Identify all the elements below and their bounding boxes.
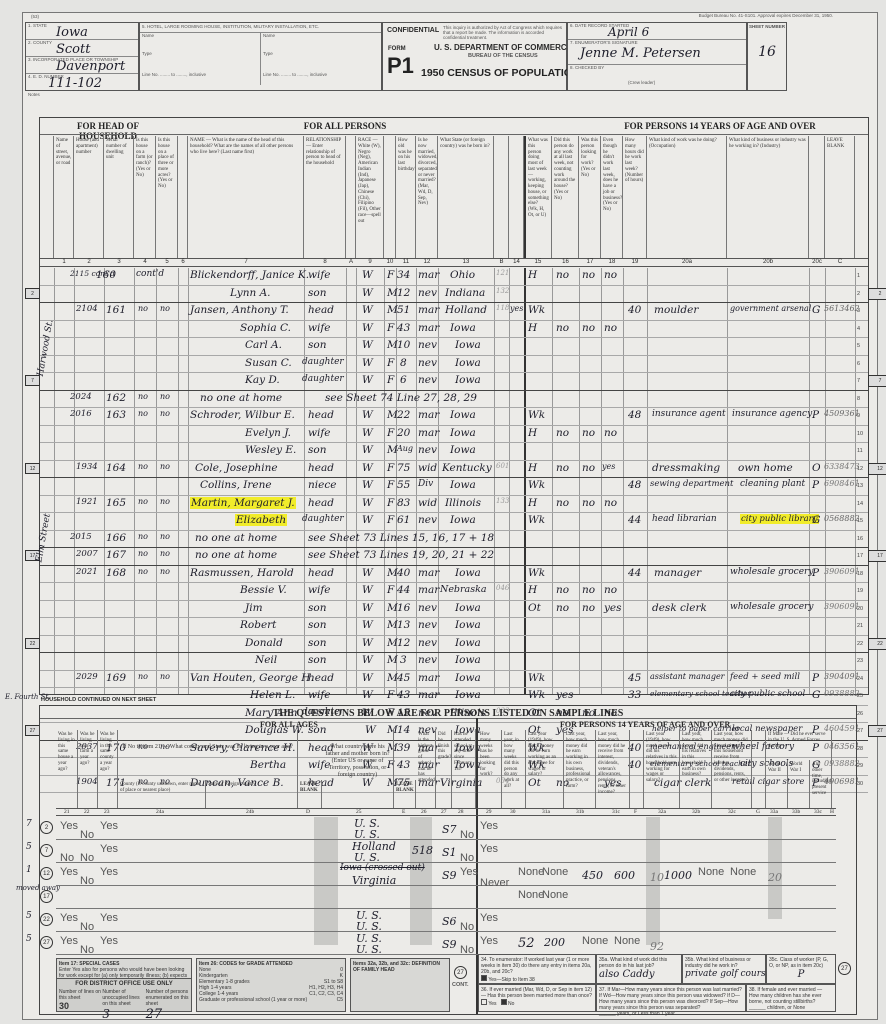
cell-value: Lynn A. (230, 287, 271, 299)
cell-value: head (308, 567, 334, 579)
sample-header-33: If Male — Did he ever serve in the U. S.… (766, 730, 832, 760)
cell-value: 118 (496, 304, 509, 312)
last-job-answer: also Caddy (599, 969, 679, 980)
cell-value: H (528, 462, 537, 474)
census-row: 2 2 2 Lynn A. son W M 12 nev Indiana 132 (40, 286, 868, 304)
question-35a: 35a. What kind of work did this person d… (596, 954, 682, 984)
cell-value: 132 (496, 287, 509, 295)
sample-header-21: Was he living in this same house a year … (56, 730, 78, 808)
cell-value: 1 (26, 865, 32, 875)
sample-header-23: Was he living in this same county a year… (98, 730, 118, 808)
cell-value: mar (418, 689, 439, 701)
cell-value: W (362, 689, 373, 701)
cell-value: no (160, 672, 170, 681)
census-row: 12 12 12 1934 164 no no Cole, Josephine … (40, 461, 868, 479)
cell-value: 10 (857, 431, 863, 437)
cell-value: W (362, 304, 373, 316)
cell-value: Rasmussen, Harold (190, 567, 294, 579)
cell-value: no (138, 497, 148, 506)
cell-value: Wk (528, 479, 545, 491)
cell-value: None (518, 866, 544, 878)
cell-value: 5613462 (824, 304, 860, 313)
cell-value: 22 (397, 409, 410, 421)
cell-value: Robert (240, 619, 276, 631)
cell-value: 17 (857, 553, 863, 559)
cell-value: Kay D. (245, 374, 280, 386)
cell-value: Helen L. (250, 689, 295, 701)
cell-value: head librarian (652, 514, 717, 524)
cell-value: 6338473 (824, 462, 860, 471)
cell-value: 5 (857, 343, 860, 349)
cell-value: nev (418, 602, 437, 614)
cell-value: no (138, 462, 148, 471)
census-row: 10 Evelyn J. wife W F 20 mar Iowa H no n… (40, 426, 868, 444)
cell-value: no (556, 602, 569, 614)
census-row: 22 22 22 Donald son W M 12 nev Iowa (40, 636, 868, 654)
cell-value: Yes (480, 820, 498, 832)
cell-value: H (528, 497, 537, 509)
cell-value: nev (418, 339, 437, 351)
leave-blank-d: LEAVE BLANK (298, 780, 322, 808)
cell-value: 4509361 (824, 409, 860, 418)
cell-value: None (582, 935, 608, 947)
cell-value: Iowa (crossed out) (340, 863, 425, 873)
col-header-a (346, 136, 356, 258)
sample-header-25: What country were his father and mother … (322, 730, 394, 808)
census-row: 9 2016 163 no no Schroder, Wilbur E. hea… (40, 408, 868, 426)
cell-value: 21 (857, 623, 863, 629)
census-row: 18 2021 168 no no Rasmussen, Harold head… (40, 566, 868, 584)
cell-value: Yes (460, 866, 478, 878)
leave-blank-g (752, 730, 766, 808)
cell-value: son (308, 637, 326, 649)
cell-value: W (362, 584, 373, 596)
cell-value: 48 (628, 409, 641, 421)
col-header-c: LEAVE BLANK (825, 136, 855, 258)
cell-value: 162 (106, 392, 126, 404)
cell-value: mar (418, 322, 439, 334)
col-header-18: Even though he didn't work last week, do… (601, 136, 623, 258)
sample-header-33a: World War II (766, 760, 788, 808)
sample-line-number: 2 (40, 821, 53, 834)
cell-value: no one at home (195, 532, 277, 544)
cell-value: 5 (26, 934, 32, 944)
persons-14-sample-title: FOR PERSONS 14 YEARS OF AGE AND OVER (560, 720, 730, 729)
cell-value: 83 (397, 497, 410, 509)
cell-value: 2029 (76, 672, 98, 682)
sample-row: 5 22 Yes No Yes U. S. U. S. S6 No Yes (56, 909, 836, 932)
cell-value: no (160, 567, 170, 576)
sample-line-marker: 7 (25, 375, 40, 386)
cell-value: F (387, 374, 394, 386)
cell-value: F (387, 514, 394, 526)
cell-value: no (556, 427, 569, 439)
cell-value: Cole, Josephine (195, 462, 278, 474)
cell-value: 2016 (70, 409, 92, 419)
cell-value: no (604, 497, 617, 509)
census-sheet: (53) Budget Bureau No. 41-S101. Approval… (22, 12, 878, 1020)
col-header-9: RACE — White (W), Negro (Neg), American … (356, 136, 384, 258)
cell-value: 1921 (76, 497, 98, 507)
cell-value: mar (418, 584, 439, 596)
sample-line-marker: 27 (25, 725, 40, 736)
cell-value: W (362, 619, 373, 631)
place-value: Davenport (56, 59, 125, 74)
cell-value: 2007 (76, 549, 98, 559)
cell-value: Donald (245, 637, 283, 649)
cell-value: M (387, 654, 398, 666)
cell-value: cleaning plant (740, 479, 805, 489)
cell-value: S7 (442, 823, 457, 836)
cell-value: no (160, 304, 170, 313)
cell-value: Wk (528, 409, 545, 421)
col-header-1: Name of street, avenue, or road (54, 136, 74, 258)
sample-line-number: 7 (40, 844, 53, 857)
cell-value: 133 (496, 497, 509, 505)
cell-value: son (308, 444, 326, 456)
section-all-persons: FOR ALL PERSONS (290, 121, 400, 131)
cell-value: 3 (400, 654, 407, 666)
cell-value: None (730, 866, 756, 878)
household-continued: HOUSEHOLD CONTINUED ON NEXT SHEET (41, 697, 156, 703)
cell-value: S1 (442, 846, 457, 859)
cell-value: Carl A. (245, 339, 282, 351)
cell-value: 11 (857, 448, 863, 454)
unoccupied-lines: 3 (102, 1007, 145, 1021)
cell-value: 22 (857, 641, 863, 647)
cell-value: 165 (106, 497, 126, 509)
cell-value: wife (308, 427, 330, 439)
cell-value: wife (308, 322, 330, 334)
cell-value: Van Houten, George H. (190, 672, 314, 684)
cell-value: Collins, Irene (200, 479, 272, 491)
cell-value: 167 (106, 549, 126, 561)
sample-header-32c: Last year, how much money did his relati… (712, 730, 752, 808)
cell-value: head (308, 672, 334, 684)
cell-value: W (362, 654, 373, 666)
cell-value: no (582, 322, 595, 334)
cell-value: dressmaking (652, 462, 720, 474)
cell-value: no (160, 549, 170, 558)
cell-value: No (80, 944, 94, 956)
cell-value: 12 (397, 287, 410, 299)
cell-value: city public school (730, 689, 805, 699)
for-all-ages-title: FOR ALL AGES (260, 720, 318, 729)
cell-value: 601 (496, 462, 509, 470)
sample-header-31b: Last year, how much money did he earn wo… (564, 730, 596, 808)
cell-value: None (698, 866, 724, 878)
cell-value: W (362, 637, 373, 649)
cell-value: Yes (60, 866, 78, 878)
cell-value: O (812, 462, 821, 474)
sample-header-33b: World War I (788, 760, 810, 808)
cell-value: Iowa (450, 479, 476, 491)
cell-value: Iowa (450, 409, 476, 421)
sample-header-30: Last year, in how many weeks did this pe… (502, 730, 526, 808)
census-row: 11 Wesley E. son W M Aug nev Iowa (40, 443, 868, 461)
cell-value: feed + seed mill (730, 672, 800, 682)
question-35b: 35b. What kind of business or industry d… (682, 954, 766, 984)
cell-value: no (160, 497, 170, 506)
cell-value: insurance agency (732, 409, 812, 419)
cell-value: W (362, 497, 373, 509)
cell-value: Wk (528, 672, 545, 684)
form-id: P1 (387, 53, 414, 79)
cell-value: 7 (26, 819, 32, 829)
cell-value: U. S. (356, 943, 382, 956)
cell-value: niece (308, 479, 336, 491)
cell-value: Bessie V. (240, 584, 287, 596)
grade-codes-box: Item 26: CODES for GRADE ATTENDED None0 … (196, 958, 346, 1012)
census-row: 23 Neil son W M 3 nev Iowa (40, 653, 868, 671)
date-started: April 6 (608, 25, 649, 39)
cell-value: Aug (397, 444, 413, 453)
census-row: 6 Susan C. daughter W F 8 nev Iowa (40, 356, 868, 374)
cell-value: yes (556, 689, 574, 701)
district-office-box: FOR DISTRICT OFFICE USE ONLY Number of l… (56, 978, 192, 1012)
cell-value: Iowa (455, 689, 481, 701)
cell-value: daughter (302, 514, 344, 524)
sample-row: 5 27 Yes No Yes U. S. U. S. S9 No Yes 52… (56, 932, 836, 955)
col-header-12: Is he now married, widowed, divorced, se… (416, 136, 438, 258)
cell-value: W (362, 287, 373, 299)
county-value: Scott (56, 42, 90, 57)
cell-value: mar (418, 304, 439, 316)
cell-value: 6908461 (824, 479, 860, 488)
enumerator-signature: Jenne M. Petersen (580, 46, 701, 61)
sample-header-32a: Last year (1949), how much money did his… (644, 730, 680, 808)
cell-value: son (308, 654, 326, 666)
cell-value: Yes (60, 935, 78, 947)
sample-header-32b: Last year, how much money did his relati… (680, 730, 712, 808)
cell-value: see Sheet 74 Line 27, 28, 29 (325, 392, 477, 404)
cell-value: 8 (857, 396, 860, 402)
cell-value: 10 (650, 871, 664, 884)
cell-value: G (812, 689, 820, 701)
cell-value: no (582, 427, 595, 439)
sample-row: moved away 17 None None (56, 886, 836, 909)
cell-value: Jansen, Anthony T. (190, 304, 289, 316)
cell-value: 75 (397, 462, 410, 474)
col-header-2: House (and apartment) number (74, 136, 104, 258)
cell-value: son (308, 602, 326, 614)
census-row: 13 Collins, Irene niece W F 55 Div Iowa … (40, 478, 868, 496)
cell-value: no one at home (195, 549, 277, 561)
cell-value: no (160, 532, 170, 541)
cell-value: Wk (528, 689, 545, 701)
cell-value: 13 (397, 619, 410, 631)
cell-value: nev (418, 444, 437, 456)
sample-line-marker: 22 (25, 638, 40, 649)
cell-value: no (556, 269, 569, 281)
cell-value: Yes (480, 843, 498, 855)
confidential-label: CONFIDENTIAL (387, 27, 439, 34)
cell-value: sewing department (650, 479, 733, 489)
record-info: 6. DATE RECORD STARTED April 6 7. ENUMER… (567, 22, 747, 91)
cell-value: G (812, 514, 820, 526)
cell-value: yes (510, 304, 523, 313)
cell-value: Illinois (445, 497, 481, 509)
column-numbers: 1 2 3 4 5 6 7 8 A 9 10 11 12 13 B 14 15 … (40, 258, 868, 267)
cell-value: 0568882 (824, 514, 860, 523)
cell-value: None (542, 866, 568, 878)
col-header-14 (509, 136, 524, 258)
cell-value: H (528, 269, 537, 281)
cell-value: Iowa (450, 322, 476, 334)
cell-value: nev (418, 357, 437, 369)
cell-value: W (362, 409, 373, 421)
question-34: 34. To enumerator: If worked last year (… (478, 954, 596, 984)
cell-value: 5 (26, 842, 32, 852)
cell-value: Ot (528, 602, 541, 614)
cell-value: no (160, 392, 170, 401)
cell-value: son (308, 287, 326, 299)
sample-header-24a: County (If county unknown, enter name of… (118, 780, 206, 808)
cell-value: no (556, 322, 569, 334)
census-row: 1 2115 cont'd 160 cont'd Blickendorff, J… (40, 268, 868, 286)
cell-value: no (582, 269, 595, 281)
col-header-13: What State (or foreign country) was he b… (438, 136, 494, 258)
data-rows: 1 2115 cont'd 160 cont'd Blickendorff, J… (40, 268, 868, 694)
col-header-8: RELATIONSHIP — Enter relationship of per… (304, 136, 346, 258)
cell-value: no (582, 497, 595, 509)
form-title-box: CONFIDENTIAL This inquiry is authorized … (382, 22, 567, 91)
col-header-7: NAME — What is the name of the head of t… (188, 136, 304, 258)
cell-value: mar (418, 427, 439, 439)
cell-value: None (518, 889, 544, 901)
sheet-number: 16 (748, 44, 786, 60)
cell-value: cont'd (136, 269, 164, 279)
cell-value: Div (418, 479, 433, 489)
sample-line-number: 17 (40, 890, 53, 903)
cell-value: F (387, 584, 394, 596)
institution-header: 5. HOTEL, LARGE ROOMING HOUSE, INSTITUTI… (139, 22, 382, 91)
sample-row: 5 7 No No Yes Holland U. S. 518 S1 No Ye… (56, 840, 836, 863)
cell-value: head (308, 409, 334, 421)
cell-value: 8 (400, 357, 407, 369)
cell-value: desk clerk (652, 602, 707, 614)
budget-note: Budget Bureau No. 41-S101. Approval expi… (583, 14, 833, 19)
census-row: 15 Elizabeth daughter W F 61 nev Iowa Wk… (40, 513, 868, 531)
cell-value: S9 (442, 938, 457, 951)
cell-value: wife (308, 584, 330, 596)
col-header-11: How old was he on his last birthday? (396, 136, 416, 258)
cell-value: 169 (106, 672, 126, 684)
census-row: 14 1921 165 no no Martin, Margaret J. he… (40, 496, 868, 514)
col-header-19: How many hours did he work last week? (N… (623, 136, 647, 258)
cell-value: Iowa (455, 672, 481, 684)
cell-value: 6 (857, 361, 860, 367)
cell-value: nev (418, 637, 437, 649)
persons-enumerated: 27 (146, 1007, 189, 1022)
cell-value: Iowa (450, 427, 476, 439)
cell-value: government arsenal (730, 304, 811, 313)
cell-value: wholesale grocery (730, 602, 813, 612)
cell-value: Yes (60, 820, 78, 832)
cell-value: Kentucky (442, 462, 492, 474)
cell-value: W (362, 567, 373, 579)
cell-value: P (812, 409, 819, 421)
cell-value: Holland (445, 304, 487, 316)
cell-value: 200 (544, 936, 565, 949)
ask-questions-below-marker: 22 (868, 638, 886, 650)
cell-value: W (362, 269, 373, 281)
cell-value: Susan C. (245, 357, 292, 369)
cell-value: no (556, 584, 569, 596)
sample-line-marker: 2 (25, 288, 40, 299)
sample-row: 1 12 Yes No Yes Iowa (crossed out) Virgi… (56, 863, 836, 886)
cell-value: 43 (397, 322, 410, 334)
cell-value: see Sheet 73 Lines 15, 16, 17 + 18 (308, 532, 494, 544)
col-header-20a: What kind of work was he doing? (Occupat… (647, 136, 727, 258)
cell-value: Blickendorff, Janice K. (190, 269, 309, 281)
cell-value: no (582, 584, 595, 596)
sample-header-33c: Any other time, including present servic… (810, 760, 832, 808)
col-header-5: Is this house on a place of three or mor… (156, 136, 178, 258)
cell-value: S9 (442, 869, 457, 882)
cell-value: Iowa (455, 357, 481, 369)
last-industry-answer: private golf course (685, 969, 763, 979)
cell-value: no (160, 409, 170, 418)
cell-value: no (556, 497, 569, 509)
cell-value: yes (604, 602, 622, 614)
ask-questions-below-marker: 2 (868, 288, 886, 300)
cell-value: no (556, 462, 569, 474)
cell-value: F (387, 357, 394, 369)
cell-value: Iowa (455, 339, 481, 351)
cell-value: 10 (397, 339, 410, 351)
sample-line-number: 12 (40, 867, 53, 880)
cell-value: 2015 (70, 532, 92, 542)
department: U. S. DEPARTMENT OF COMMERCE (423, 43, 583, 52)
cell-value: W (362, 514, 373, 526)
cell-value: nev (418, 374, 437, 386)
cell-value: Iowa (455, 619, 481, 631)
cell-value: 3906091 (824, 567, 860, 576)
cell-value: 1000 (664, 869, 692, 882)
cell-value: Wk (528, 567, 545, 579)
cell-value: 45 (397, 672, 410, 684)
leave-blank-e: LEAVE BLANK (394, 780, 416, 808)
census-row: 25 Helen L. wife W F 43 mar Iowa Wk yes … (40, 688, 868, 706)
cell-value: 4 (857, 326, 860, 332)
cell-value: Yes (100, 866, 118, 878)
census-row: 3 2104 161 no no Jansen, Anthony T. head… (40, 303, 868, 321)
lines-on-sheet: 30 (59, 1001, 102, 1011)
cell-value: 6 (400, 374, 407, 386)
cell-value: Evelyn J. (245, 427, 291, 439)
cell-value: 14 (857, 501, 863, 507)
cell-value: S6 (442, 915, 457, 928)
col-header-6 (178, 136, 188, 258)
cell-value: 45 (628, 672, 641, 684)
cell-value: yes (602, 462, 615, 471)
col-header-15: What was this person doing most of last … (524, 136, 552, 258)
cell-value: Wk (528, 304, 545, 316)
col-header-10 (384, 136, 396, 258)
census-row: 24 2029 169 no no Van Houten, George H. … (40, 671, 868, 689)
cell-value: son (308, 619, 326, 631)
highlighted-name: Elizabeth (235, 514, 287, 526)
population-schedule: FOR HEAD OF HOUSEHOLD FOR ALL PERSONS FO… (39, 117, 869, 695)
cell-value: see Sheet 73 Lines 19, 20, 21 + 22 (308, 549, 494, 561)
cell-value: W (362, 322, 373, 334)
sample-header-24b: State or foreign country (206, 780, 298, 808)
cell-value: W (362, 672, 373, 684)
cell-value: no one at home (200, 392, 282, 404)
cell-value: 43 (397, 689, 410, 701)
cell-value: H (528, 427, 537, 439)
